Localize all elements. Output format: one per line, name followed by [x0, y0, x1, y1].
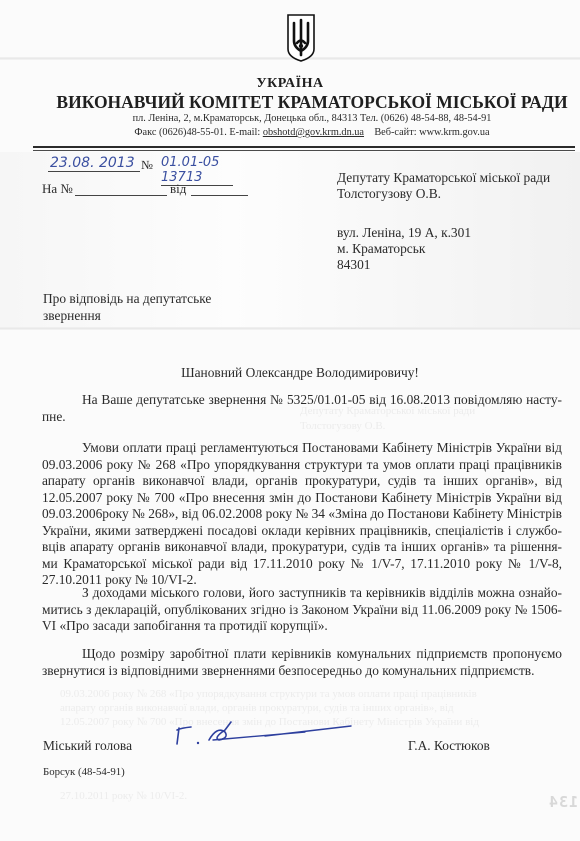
letterhead-contacts: Факс (0626)48-55-01. E-mail: obshotd@gov… [0, 127, 580, 138]
bleed-through-text: 09.03.2006 року № 268 «Про упорядкування… [60, 688, 477, 700]
letterhead-organization: ВИКОНАВЧИЙ КОМІТЕТ КРАМАТОРСЬКОЇ МІСЬКОЇ… [0, 92, 580, 113]
body-paragraph: Умови оплати праці регламентуються Поста… [42, 440, 562, 589]
handwritten-signature-icon [165, 708, 365, 748]
email-link[interactable]: obshotd@gov.krm.dn.ua [263, 127, 364, 138]
letterhead-rule [33, 146, 575, 148]
registration-number-label: № [141, 158, 153, 173]
paragraph-text: З доходами міського голови, його заступн… [42, 585, 562, 635]
executor-contact: Борсук (48-54-91) [43, 766, 125, 778]
fax-text: Факс (0626)48-55-01. E-mail: [134, 127, 262, 138]
subject-line: Про відповідь на депутатське [43, 290, 283, 307]
signatory-name: Г.А. Костюков [408, 738, 490, 754]
subject-line: звернення [43, 307, 283, 324]
addressee-postcode: 84301 [337, 257, 370, 273]
registration-date: 23.08. 2013 [48, 155, 140, 172]
body-paragraph: На Ваше депутатське звернення № 5325/01.… [42, 392, 562, 425]
reply-to-label: На № [42, 181, 73, 197]
addressee-name: Толстогузову О.В. [337, 186, 441, 202]
signatory-title: Міський голова [43, 738, 132, 754]
reply-from-label: від [170, 181, 186, 197]
letterhead-address: пл. Леніна, 2, м.Краматорськ, Донецька о… [0, 113, 580, 124]
body-paragraph: З доходами міського голови, його заступн… [42, 585, 562, 635]
paragraph-text: Щодо розміру заробітної плати керівників… [42, 646, 562, 679]
website-text: Веб-сайт: www.krm.gov.ua [374, 127, 489, 138]
addressee-city: м. Краматорськ [337, 241, 425, 257]
letterhead-rule [33, 150, 575, 151]
bleed-through-text: 27.10.2011 року № 10/VI-2. [60, 790, 187, 802]
reply-to-blank [75, 195, 167, 196]
body-paragraph: Щодо розміру заробітної плати керівників… [42, 646, 562, 679]
reply-from-blank [191, 195, 248, 196]
addressee-position: Депутату Краматорської міської ради [337, 170, 550, 186]
letter-page: Депутату Краматорської міської ради Толс… [0, 0, 580, 841]
bleed-through-serial: 040134 [548, 793, 580, 811]
paragraph-text: На Ваше депутатське звернення № 5325/01.… [42, 392, 562, 425]
addressee-street: вул. Леніна, 19 А, к.301 [337, 225, 471, 241]
paper-fold [0, 327, 580, 330]
salutation: Шановний Олександре Володимировичу! [0, 365, 580, 381]
trident-coat-of-arms-icon [286, 13, 316, 63]
paragraph-text: Умови оплати праці регламентуються Поста… [42, 440, 562, 589]
letterhead-country: УКРАЇНА [0, 76, 580, 92]
letter-subject: Про відповідь на депутатське звернення [43, 290, 283, 324]
